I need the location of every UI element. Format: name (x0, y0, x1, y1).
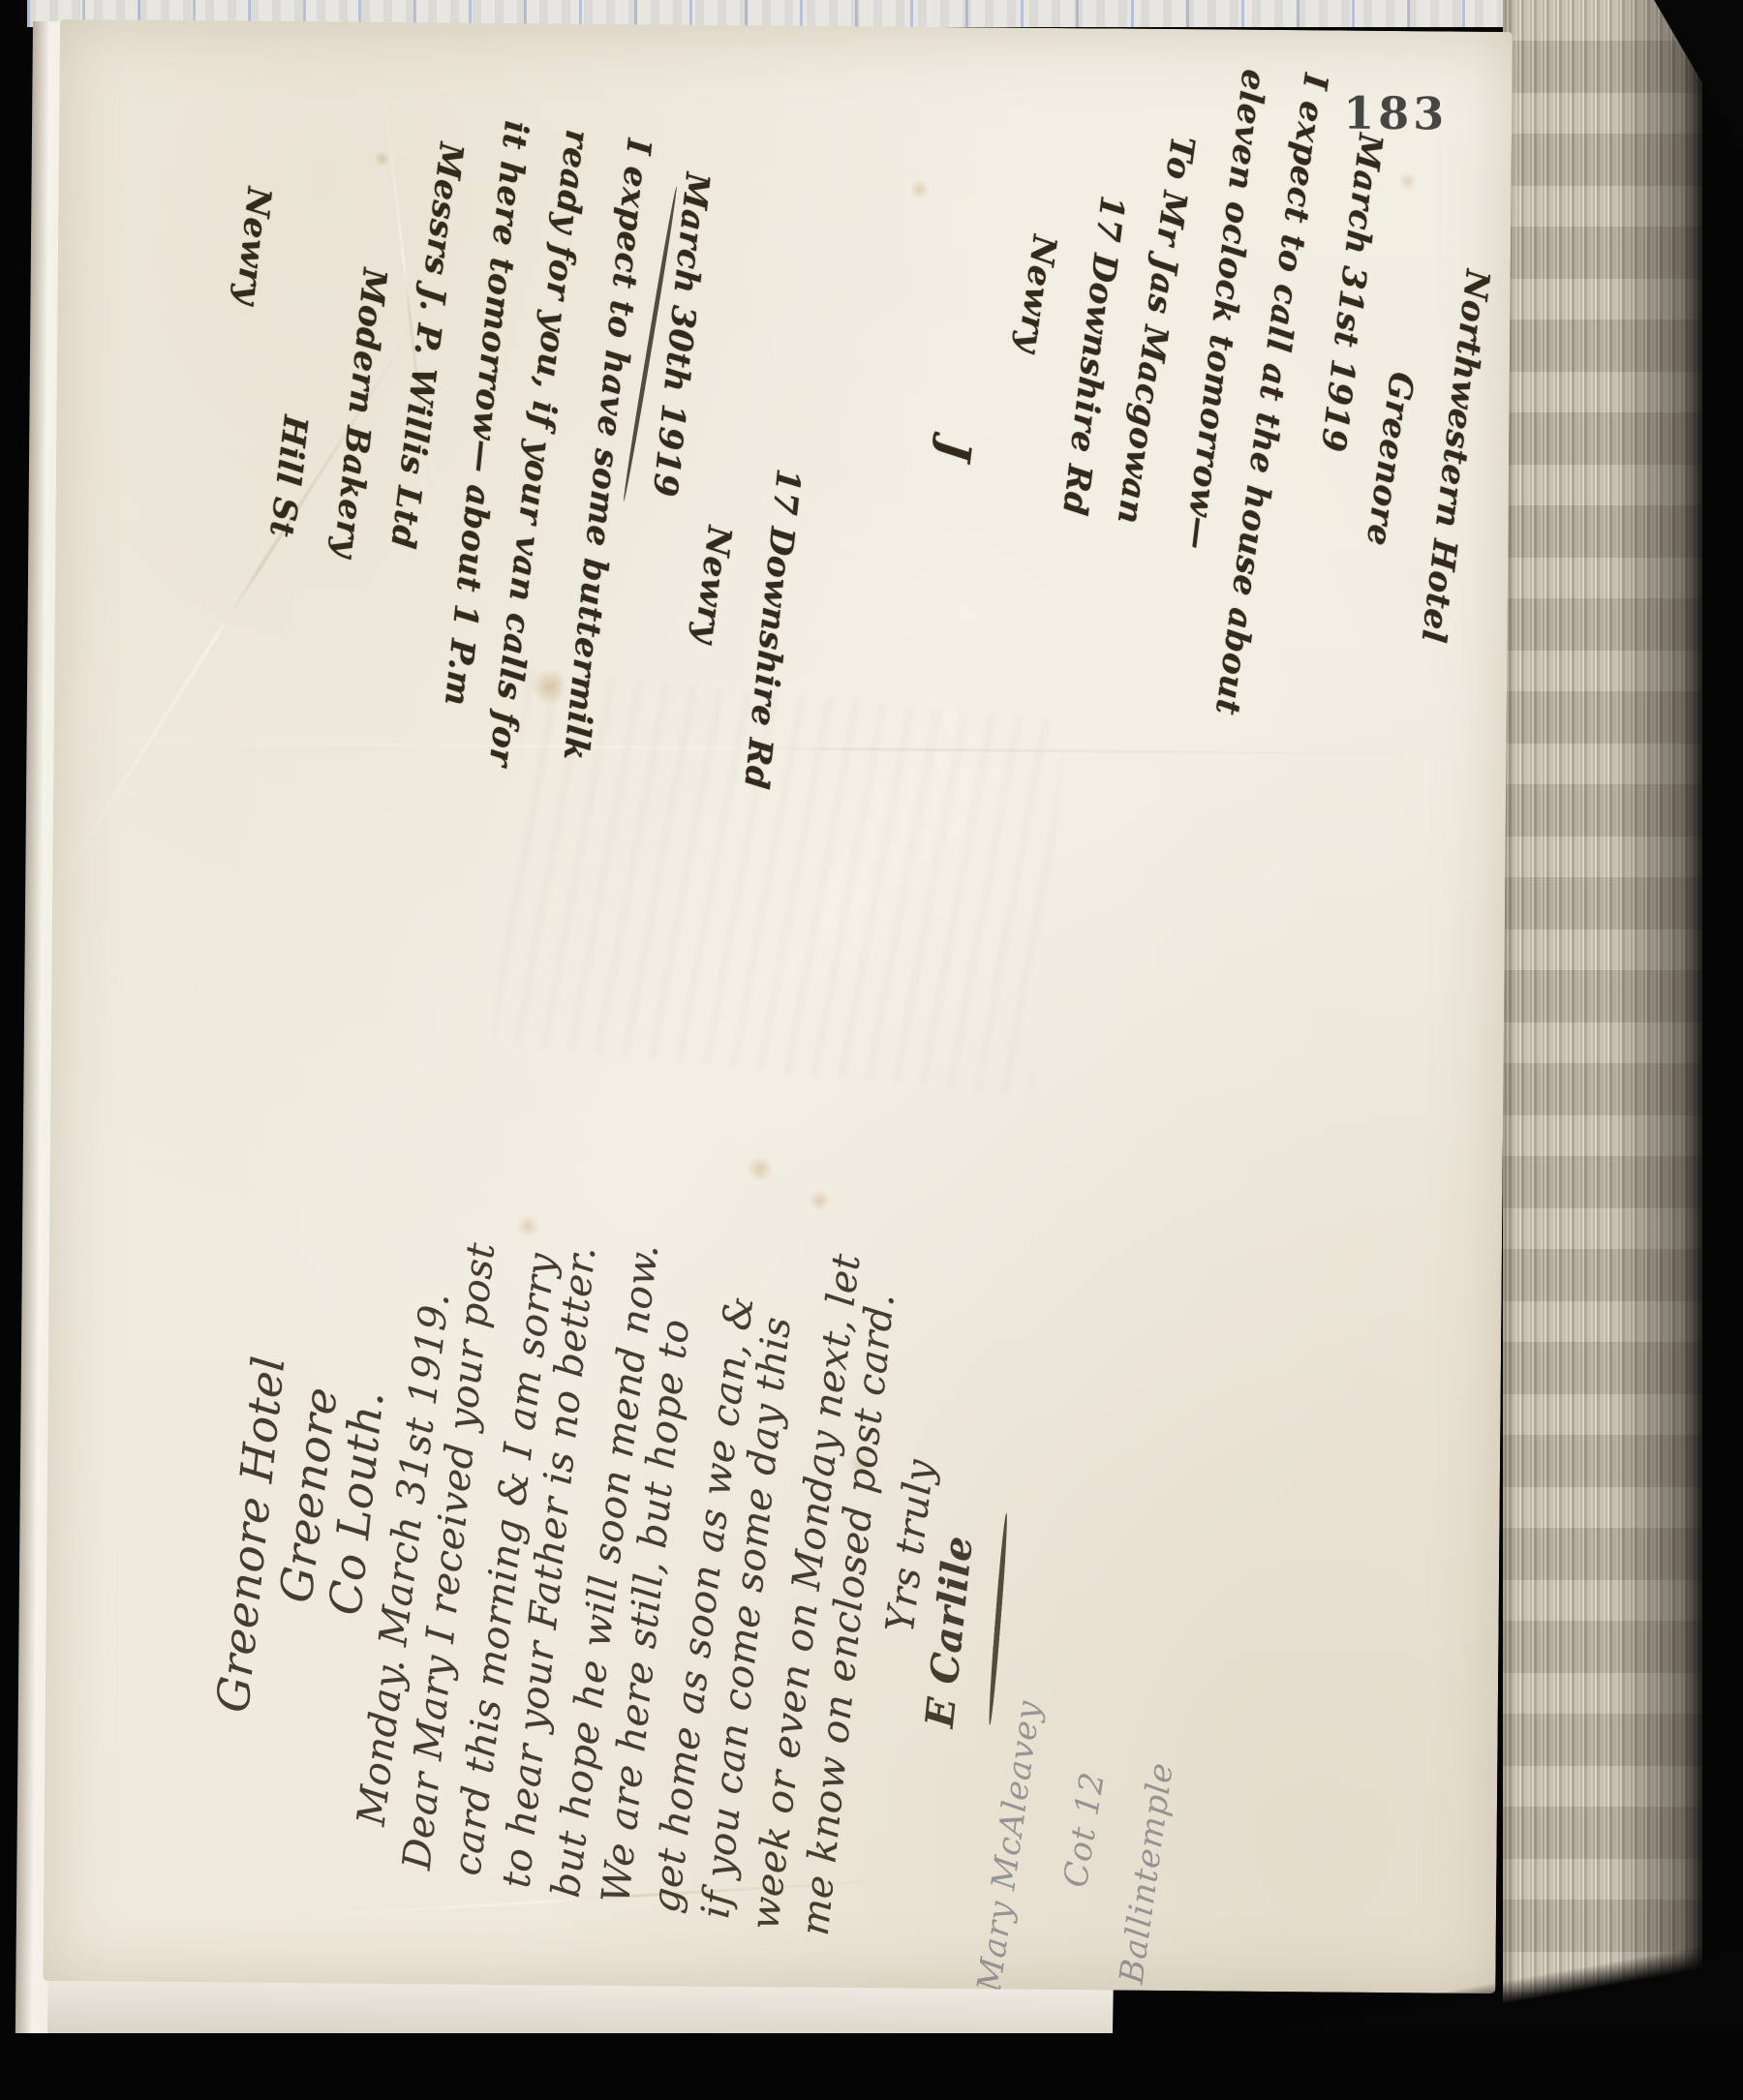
letter-book-page: 183 Northwestern Hotel Greenore March 31… (43, 19, 1513, 1993)
letter-3: Greenore Hotel Greenore Co Louth. Monday… (182, 1002, 1076, 1993)
book-fore-edge (1503, 0, 1702, 2100)
book-photo: 183 Northwestern Hotel Greenore March 31… (0, 0, 1743, 2100)
letter-2: 17 Downshire Rd Newry March 30th 1919 I … (97, 72, 856, 776)
book-cover-bottom (0, 2033, 1743, 2100)
letter-1: Northwestern Hotel Greenore March 31st 1… (865, 19, 1512, 711)
